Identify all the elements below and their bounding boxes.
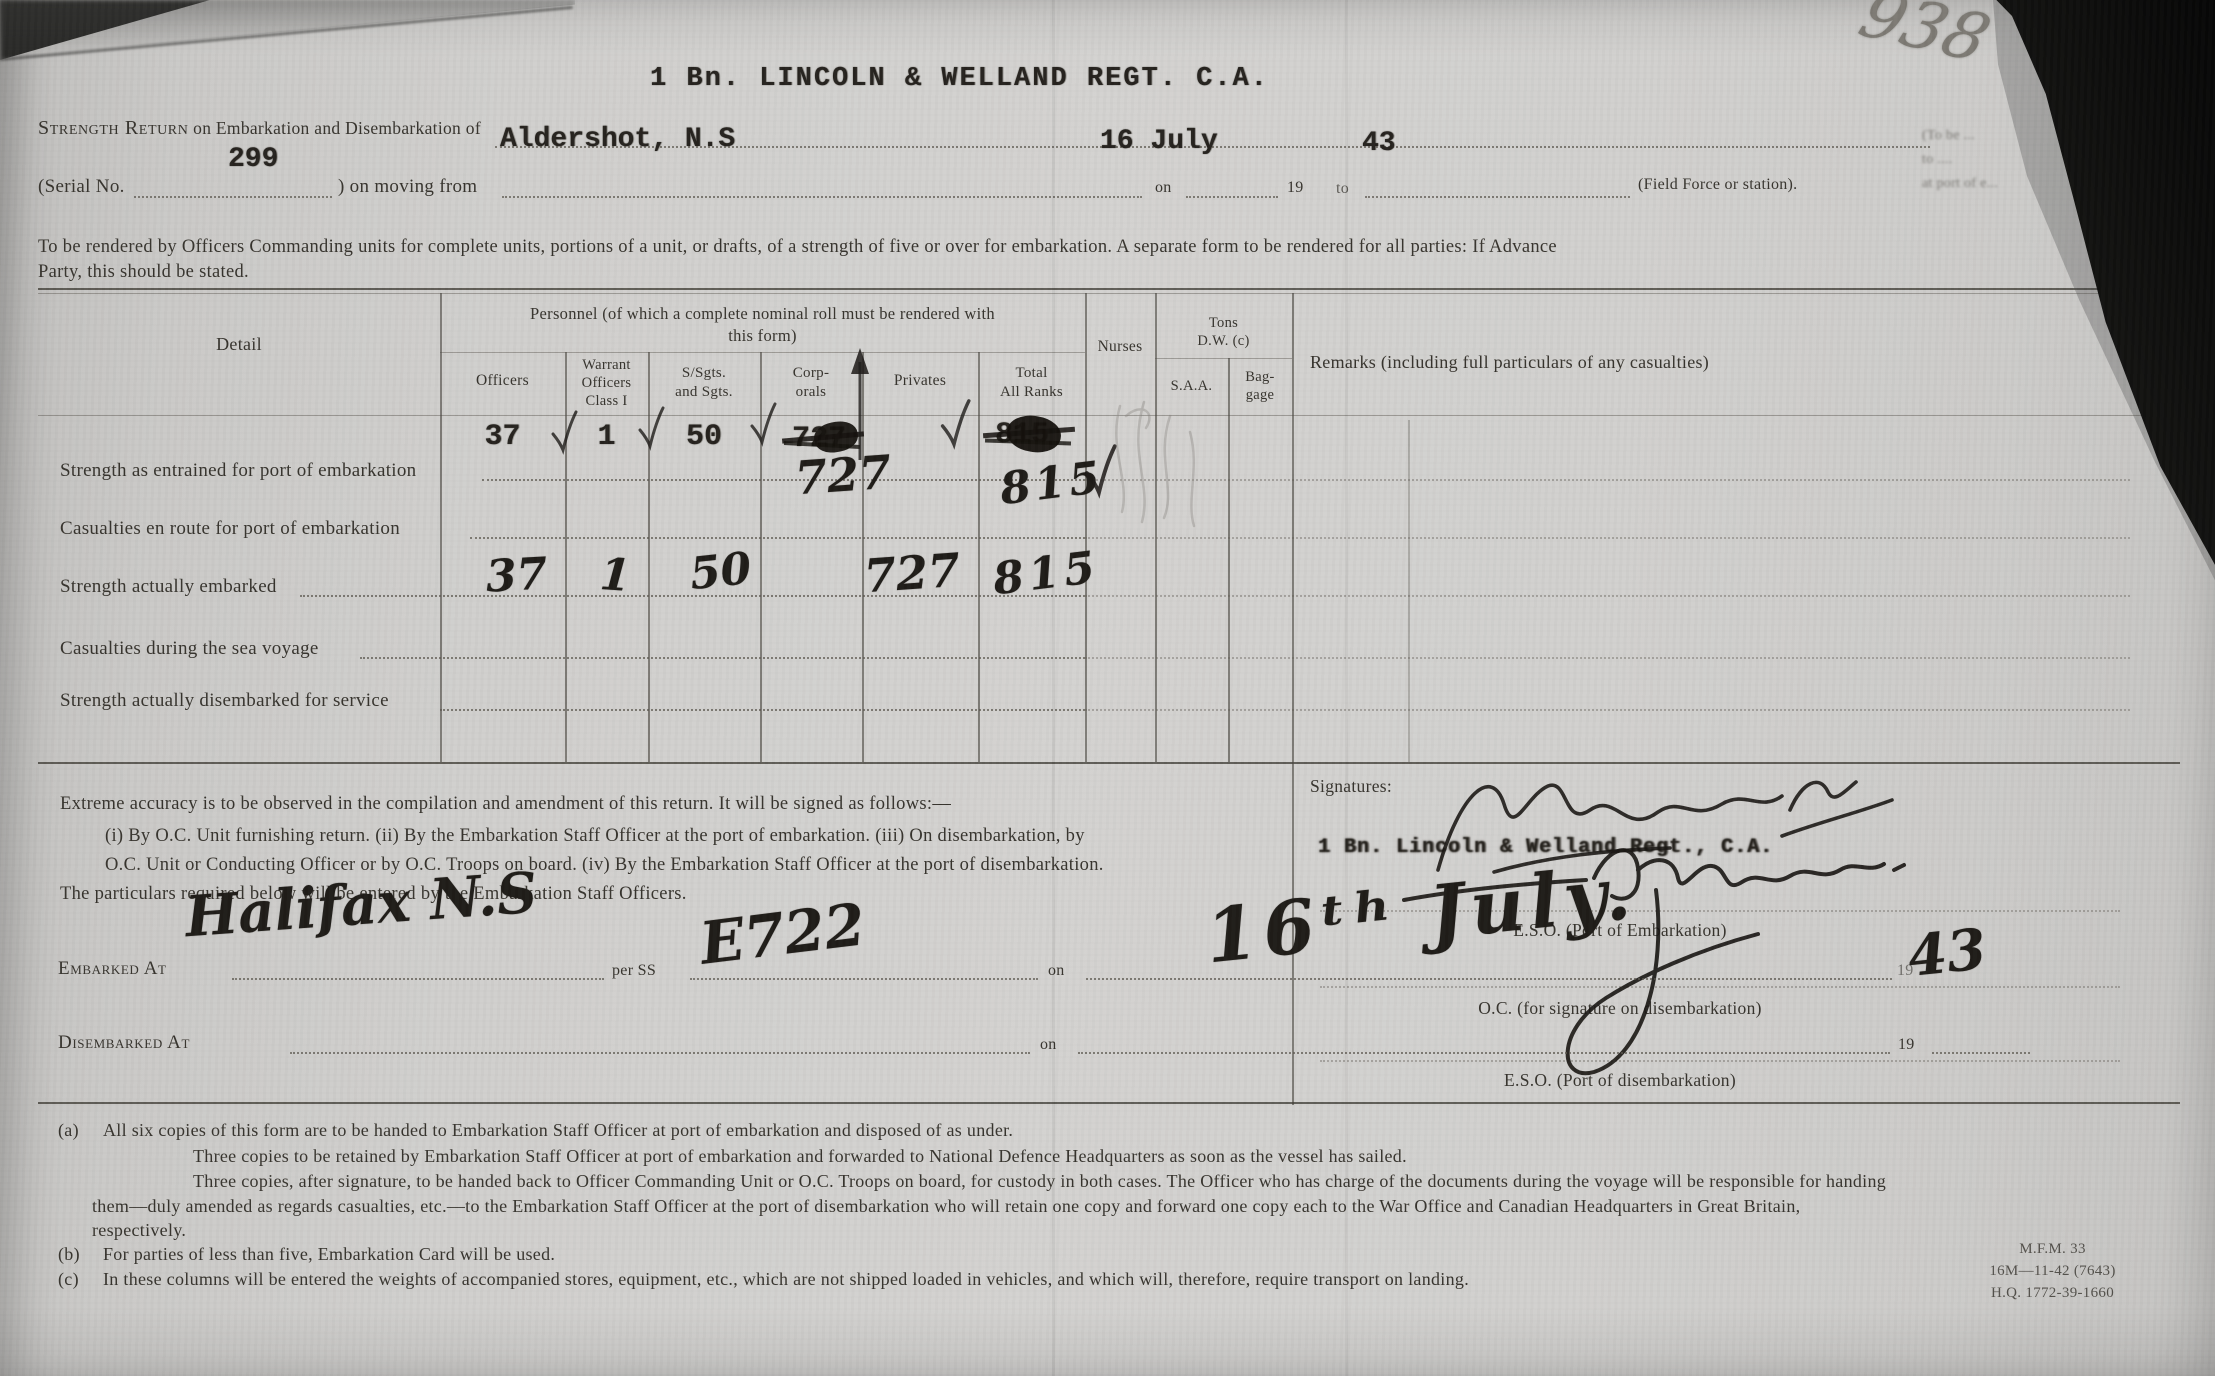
accuracy-line1: Extreme accuracy is to be observed in th… bbox=[60, 794, 951, 815]
corner-note-line2: to .... bbox=[1922, 148, 1998, 172]
paper-crease bbox=[1345, 0, 1348, 1376]
table-top-rule bbox=[38, 288, 2180, 290]
row-leader-1b bbox=[1085, 479, 2130, 481]
footnote-a-marker: (a) bbox=[58, 1120, 79, 1141]
col-line-bag bbox=[1292, 293, 1294, 762]
detail-header: Detail bbox=[38, 334, 440, 355]
scan-noise-overlay bbox=[0, 0, 2215, 1376]
row-leader-2 bbox=[470, 537, 1085, 539]
corner-note-line1: (To be ... bbox=[1922, 124, 1998, 148]
scanned-strength-return-form: 1 Bn. LINCOLN & WELLAND REGT. C.A. 938 S… bbox=[0, 0, 2215, 1376]
check-tick-icon bbox=[748, 404, 776, 448]
corrected-privates-value: 727 bbox=[793, 445, 893, 506]
row-label-disembarked: Strength actually disembarked for servic… bbox=[60, 690, 389, 712]
embarked-officers-value: 37 bbox=[485, 548, 549, 602]
footnote-a-line3: Three copies, after signature, to be han… bbox=[193, 1171, 1886, 1192]
field-force-label: (Field Force or station). bbox=[1638, 176, 1797, 194]
col-header-privates: Privates bbox=[862, 372, 978, 390]
embarked-at-label: Embarked At bbox=[58, 958, 167, 980]
personnel-group-header-l1: Personnel (of which a complete nominal r… bbox=[440, 304, 1085, 324]
row-leader-1 bbox=[482, 479, 1085, 481]
col-header-corporals: Corp- orals bbox=[760, 364, 862, 402]
row-leader-4 bbox=[360, 657, 1085, 659]
per-ss-label: per SS bbox=[612, 962, 656, 980]
ship-rule bbox=[690, 978, 1038, 980]
remarks-header: Remarks (including full particulars of a… bbox=[1310, 352, 1709, 373]
wo-l1: Warrant bbox=[565, 356, 648, 374]
embarked-wo-value: 1 bbox=[598, 549, 632, 602]
typed-date: 16 July bbox=[1100, 126, 1218, 157]
disembarked-year-rule bbox=[1932, 1052, 2030, 1054]
col-line-detail bbox=[440, 293, 442, 762]
year-19-label: 19 bbox=[1287, 179, 1304, 197]
footnote-b-text: For parties of less than five, Embarkati… bbox=[103, 1244, 555, 1265]
cpl-l2: orals bbox=[760, 383, 862, 402]
check-tick-icon bbox=[549, 412, 577, 456]
col-line-total bbox=[1085, 293, 1087, 762]
corner-note-line3: at port of e... bbox=[1922, 172, 1998, 196]
total-l1: Total bbox=[978, 364, 1085, 383]
col-header-baggage: Bag- gage bbox=[1228, 368, 1292, 404]
footnote-c-text: In these columns will be entered the wei… bbox=[103, 1269, 1469, 1290]
footnote-a-line4: them—duly amended as regards casualties,… bbox=[92, 1196, 1800, 1217]
check-tick-icon bbox=[938, 400, 970, 452]
signatures-label: Signatures: bbox=[1310, 776, 1392, 797]
table-top-rule2 bbox=[38, 293, 2180, 294]
row-label-entrained: Strength as entrained for port of embark… bbox=[60, 460, 416, 482]
footnote-b-marker: (b) bbox=[58, 1244, 80, 1265]
tons-underline bbox=[1155, 358, 1292, 359]
form-title: Strength Return on Embarkation and Disem… bbox=[38, 117, 481, 140]
entrained-officers-value: 37 bbox=[440, 420, 565, 454]
paper-sheet: 1 Bn. LINCOLN & WELLAND REGT. C.A. 938 S… bbox=[0, 0, 2215, 1376]
handwritten-embark-year: 43 bbox=[1905, 916, 1989, 990]
row-leader-4b bbox=[1085, 657, 2130, 659]
tons-group-header: Tons D.W. (c) bbox=[1155, 314, 1292, 350]
form-title-smallcaps: Strength Return bbox=[38, 117, 188, 139]
to-rule bbox=[1365, 196, 1630, 198]
disembarked-place-rule bbox=[290, 1052, 1030, 1054]
total-l2: All Ranks bbox=[978, 383, 1085, 402]
row-leader-5b bbox=[1085, 709, 2130, 711]
footnote-a-line2: Three copies to be retained by Embarkati… bbox=[193, 1146, 1407, 1167]
print-code-3: H.Q. 1772-39-1660 bbox=[1960, 1282, 2145, 1304]
scan-edge-top-shade bbox=[0, 0, 575, 58]
personnel-group-header-l2: this form) bbox=[440, 326, 1085, 346]
footnote-c-marker: (c) bbox=[58, 1269, 79, 1290]
sgts-l1: S/Sgts. bbox=[648, 364, 760, 383]
row-leader-2b bbox=[1085, 537, 2130, 539]
moving-from-rule bbox=[502, 196, 1142, 198]
pencil-page-number: 938 bbox=[1850, 0, 2001, 77]
tons-l1: Tons bbox=[1155, 314, 1292, 332]
col-header-sgts: S/Sgts. and Sgts. bbox=[648, 364, 760, 402]
on-rule bbox=[1186, 196, 1278, 198]
print-codes: M.F.M. 33 16M—11-42 (7643) H.Q. 1772-39-… bbox=[1960, 1238, 2145, 1304]
handwritten-ship: E722 bbox=[696, 890, 868, 978]
typed-year: 43 bbox=[1362, 128, 1396, 159]
footer-rule bbox=[38, 1102, 2180, 1104]
row-label-casualties-voyage: Casualties during the sea voyage bbox=[60, 638, 319, 660]
embarked-date-rule bbox=[1086, 978, 1892, 980]
accuracy-line3: O.C. Unit or Conducting Officer or by O.… bbox=[105, 855, 1104, 876]
row-leader-5 bbox=[440, 709, 1085, 711]
instructions-line1: To be rendered by Officers Commanding un… bbox=[38, 237, 1557, 258]
accuracy-line2: (i) By O.C. Unit furnishing return. (ii)… bbox=[105, 826, 1085, 847]
column-arrow-icon bbox=[848, 348, 872, 468]
on-label: on bbox=[1155, 179, 1172, 197]
sgts-l2: and Sgts. bbox=[648, 383, 760, 402]
serial-rule bbox=[134, 196, 332, 198]
entrained-total-struck: 815 bbox=[995, 418, 1049, 452]
moving-from-label: ) on moving from bbox=[338, 176, 477, 198]
row-label-casualties-route: Casualties en route for port of embarkat… bbox=[60, 518, 400, 540]
corner-note: (To be ... to .... at port of e... bbox=[1922, 124, 1998, 196]
bag-l2: gage bbox=[1228, 386, 1292, 404]
row-leader-3b bbox=[1085, 595, 2130, 597]
embarked-on-label: on bbox=[1048, 962, 1065, 980]
print-code-2: 16M—11-42 (7643) bbox=[1960, 1260, 2145, 1282]
typed-unit-title: 1 Bn. LINCOLN & WELLAND REGT. C.A. bbox=[650, 64, 1269, 94]
footnote-a-line5: respectively. bbox=[92, 1220, 186, 1241]
paper-crease bbox=[1052, 0, 1055, 1376]
col-header-wo1: Warrant Officers Class I bbox=[565, 356, 648, 410]
embarked-place-rule bbox=[232, 978, 604, 980]
footnote-a-line1: All six copies of this form are to be ha… bbox=[103, 1120, 1013, 1141]
col-header-officers: Officers bbox=[440, 372, 565, 390]
pencil-scribble bbox=[1096, 388, 1236, 538]
cpl-l1: Corp- bbox=[760, 364, 862, 383]
entrained-sgts-value: 50 bbox=[648, 420, 760, 454]
print-code-1: M.F.M. 33 bbox=[1960, 1238, 2145, 1260]
col-header-total: Total All Ranks bbox=[978, 364, 1085, 402]
embarked-privates-value: 727 bbox=[862, 543, 962, 604]
tons-l2: D.W. (c) bbox=[1155, 332, 1292, 350]
serial-label: (Serial No. bbox=[38, 176, 125, 198]
personnel-underline bbox=[440, 352, 1085, 353]
wo-l2: Officers bbox=[565, 374, 648, 392]
disembarked-year-19: 19 bbox=[1898, 1036, 1915, 1054]
check-tick-icon bbox=[636, 408, 664, 452]
row-label-embarked: Strength actually embarked bbox=[60, 576, 277, 598]
disembarked-at-label: Disembarked At bbox=[58, 1032, 190, 1054]
embarked-sgts-value: 50 bbox=[688, 543, 754, 600]
disembarked-date-rule bbox=[1078, 1052, 1890, 1054]
typed-place: Aldershot, N.S bbox=[500, 124, 735, 155]
col-header-nurses: Nurses bbox=[1085, 338, 1155, 356]
col-line-pvt bbox=[978, 352, 980, 762]
typed-serial-number: 299 bbox=[228, 144, 278, 175]
instructions-line2: Party, this should be stated. bbox=[38, 262, 249, 283]
bag-l1: Bag- bbox=[1228, 368, 1292, 386]
form-title-rest: on Embarkation and Disembarkation of bbox=[193, 118, 481, 138]
